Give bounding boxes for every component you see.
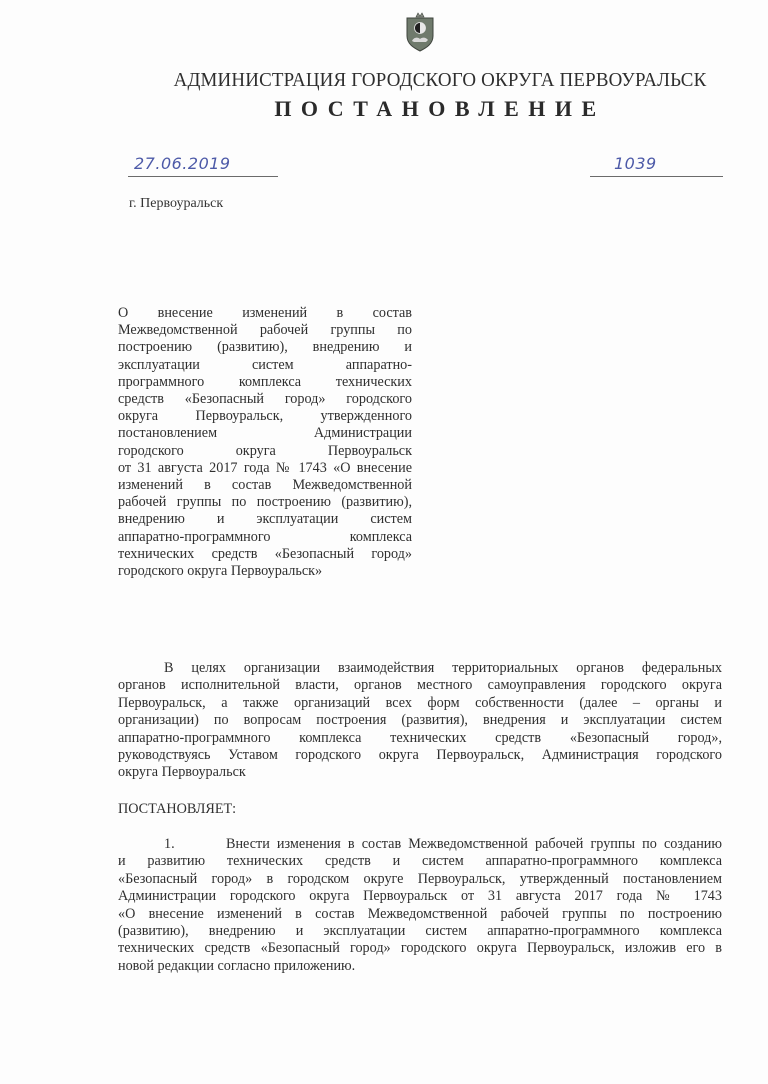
decree-item-1: 1.Внести изменения в состав Межведомстве… [118,836,722,975]
preamble-line: Первоуральск, а также организаций всех ф… [118,695,722,712]
subject-line: аппаратно-программного комплекса [118,529,412,546]
subject-line: технических средств «Безопасный город» [118,546,412,563]
subject-line: округа Первоуральск, утвержденного [118,408,412,425]
coat-of-arms-icon [405,12,435,52]
document-type-title: ПОСТАНОВЛЕНИЕ [0,96,768,122]
subject-line: рабочей группы по построению (развитию), [118,494,412,511]
item-number: 1. [118,836,226,853]
preamble-line: округа Первоуральск [118,764,722,781]
subject-block: О внесение изменений в состав Межведомст… [118,305,412,580]
subject-line: от 31 августа 2017 года № 1743 «О внесен… [118,460,412,477]
preamble-line: органов исполнительной власти, органов м… [118,677,722,694]
subject-line: эксплуатации систем аппаратно- [118,357,412,374]
decree-word: ПОСТАНОВЛЯЕТ: [118,801,236,818]
preamble-line: организации) по вопросам построения (раз… [118,712,722,729]
subject-line: построению (развитию), внедрению и [118,339,412,356]
item-first-line: 1.Внести изменения в состав Межведомстве… [118,836,722,853]
organization-name: АДМИНИСТРАЦИЯ ГОРОДСКОГО ОКРУГА ПЕРВОУРА… [13,70,768,92]
subject-line: городского округа Первоуральск [118,443,412,460]
date-field: 27.06.2019 [128,152,278,177]
handwritten-number: 1039 [614,154,657,173]
subject-line: постановлением Администрации [118,425,412,442]
item-line: (развитию), внедрению и эксплуатации сис… [118,923,722,940]
subject-line: Межведомственной рабочей группы по [118,322,412,339]
subject-line: О внесение изменений в состав [118,305,412,322]
city-name: г. Первоуральск [129,196,223,212]
subject-line: изменений в состав Межведомственной [118,477,412,494]
preamble-line: аппаратно-программного комплекса техниче… [118,730,722,747]
handwritten-date: 27.06.2019 [134,154,231,173]
subject-line: средств «Безопасный город» городского [118,391,412,408]
item-line: и развитию технических средств и систем … [118,853,722,870]
item-line: «О внесение изменений в состав Межведомс… [118,906,722,923]
item-line: Внести изменения в состав Межведомственн… [226,836,722,852]
item-line: технических средств «Безопасный город» г… [118,940,722,957]
number-field: 1039 [590,152,723,177]
item-line: «Безопасный город» в городском округе Пе… [118,871,722,888]
document-page: АДМИНИСТРАЦИЯ ГОРОДСКОГО ОКРУГА ПЕРВОУРА… [0,0,768,1084]
preamble-paragraph: В целях организации взаимодействия терри… [118,660,722,782]
item-line: Администрации городского округа Первоура… [118,888,722,905]
subject-line: городского округа Первоуральск» [118,563,412,580]
subject-line: программного комплекса технических [118,374,412,391]
preamble-line: В целях организации взаимодействия терри… [118,660,722,677]
preamble-line: руководствуясь Уставом городского округа… [118,747,722,764]
item-line: новой редакции согласно приложению. [118,958,722,975]
subject-line: внедрению и эксплуатации систем [118,511,412,528]
